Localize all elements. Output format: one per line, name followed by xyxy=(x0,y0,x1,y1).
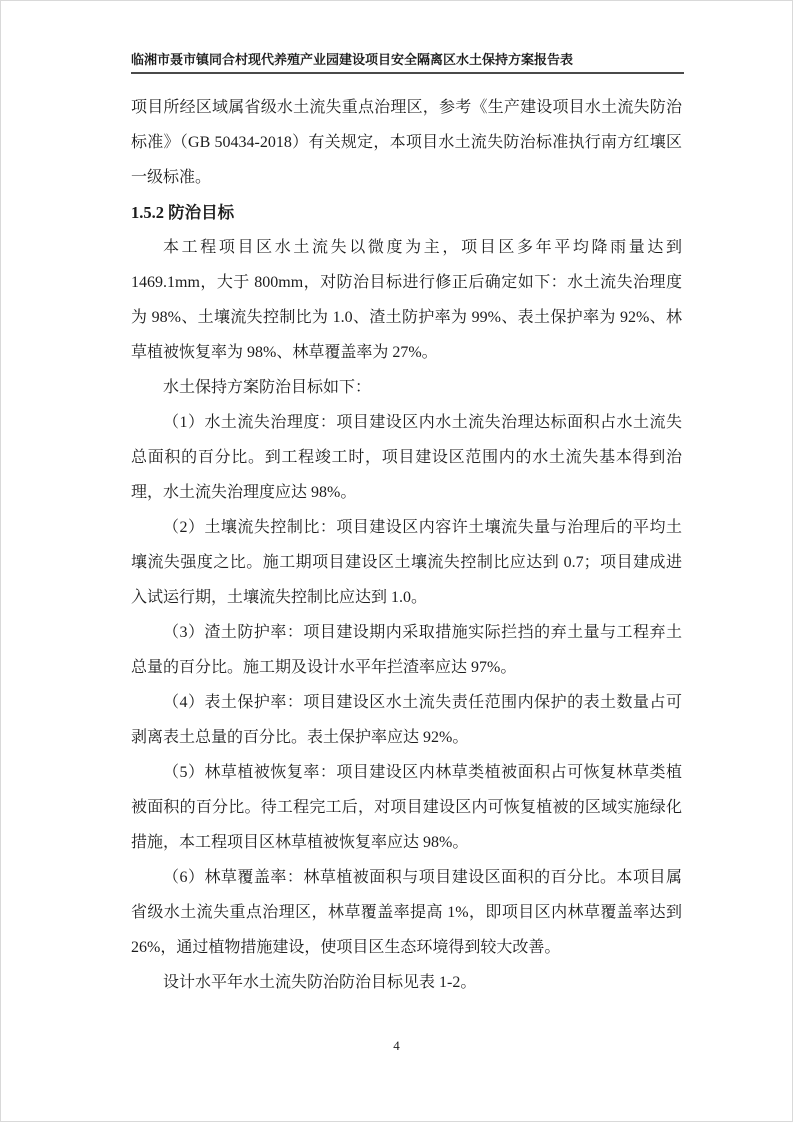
section-heading: 1.5.2 防治目标 xyxy=(131,195,682,230)
page-header: 临湘市聂市镇同合村现代养殖产业园建设项目安全隔离区水土保持方案报告表 xyxy=(131,51,684,74)
body-paragraph-item-6: （6）林草覆盖率：林草植被面积与项目建设区面积的百分比。本项目属省级水土流失重点… xyxy=(131,860,682,965)
body-paragraph-targets-summary: 本工程项目区水土流失以微度为主，项目区多年平均降雨量达到 1469.1mm，大于… xyxy=(131,230,682,370)
page-footer: 4 xyxy=(1,1037,792,1055)
body-paragraph-goals-intro: 水土保持方案防治目标如下： xyxy=(131,370,682,405)
document-body: 项目所经区域属省级水土流失重点治理区，参考《生产建设项目水土流失防治标准》（GB… xyxy=(131,90,682,1000)
body-paragraph-table-reference: 设计水平年水土流失防治防治目标见表 1-2。 xyxy=(131,965,682,1000)
header-title: 临湘市聂市镇同合村现代养殖产业园建设项目安全隔离区水土保持方案报告表 xyxy=(131,52,573,67)
body-paragraph-item-2: （2）土壤流失控制比：项目建设区内容许土壤流失量与治理后的平均土壤流失强度之比。… xyxy=(131,510,682,615)
intro-paragraph: 项目所经区域属省级水土流失重点治理区，参考《生产建设项目水土流失防治标准》（GB… xyxy=(131,90,682,195)
body-paragraph-item-5: （5）林草植被恢复率：项目建设区内林草类植被面积占可恢复林草类植被面积的百分比。… xyxy=(131,755,682,860)
body-paragraph-item-3: （3）渣土防护率：项目建设期内采取措施实际拦挡的弃土量与工程弃土总量的百分比。施… xyxy=(131,615,682,685)
body-paragraph-item-1: （1）水土流失治理度：项目建设区内水土流失治理达标面积占水土流失总面积的百分比。… xyxy=(131,405,682,510)
document-page: 临湘市聂市镇同合村现代养殖产业园建设项目安全隔离区水土保持方案报告表 项目所经区… xyxy=(0,0,793,1122)
body-paragraph-item-4: （4）表土保护率：项目建设区水土流失责任范围内保护的表土数量占可剥离表土总量的百… xyxy=(131,685,682,755)
page-number: 4 xyxy=(393,1038,400,1053)
